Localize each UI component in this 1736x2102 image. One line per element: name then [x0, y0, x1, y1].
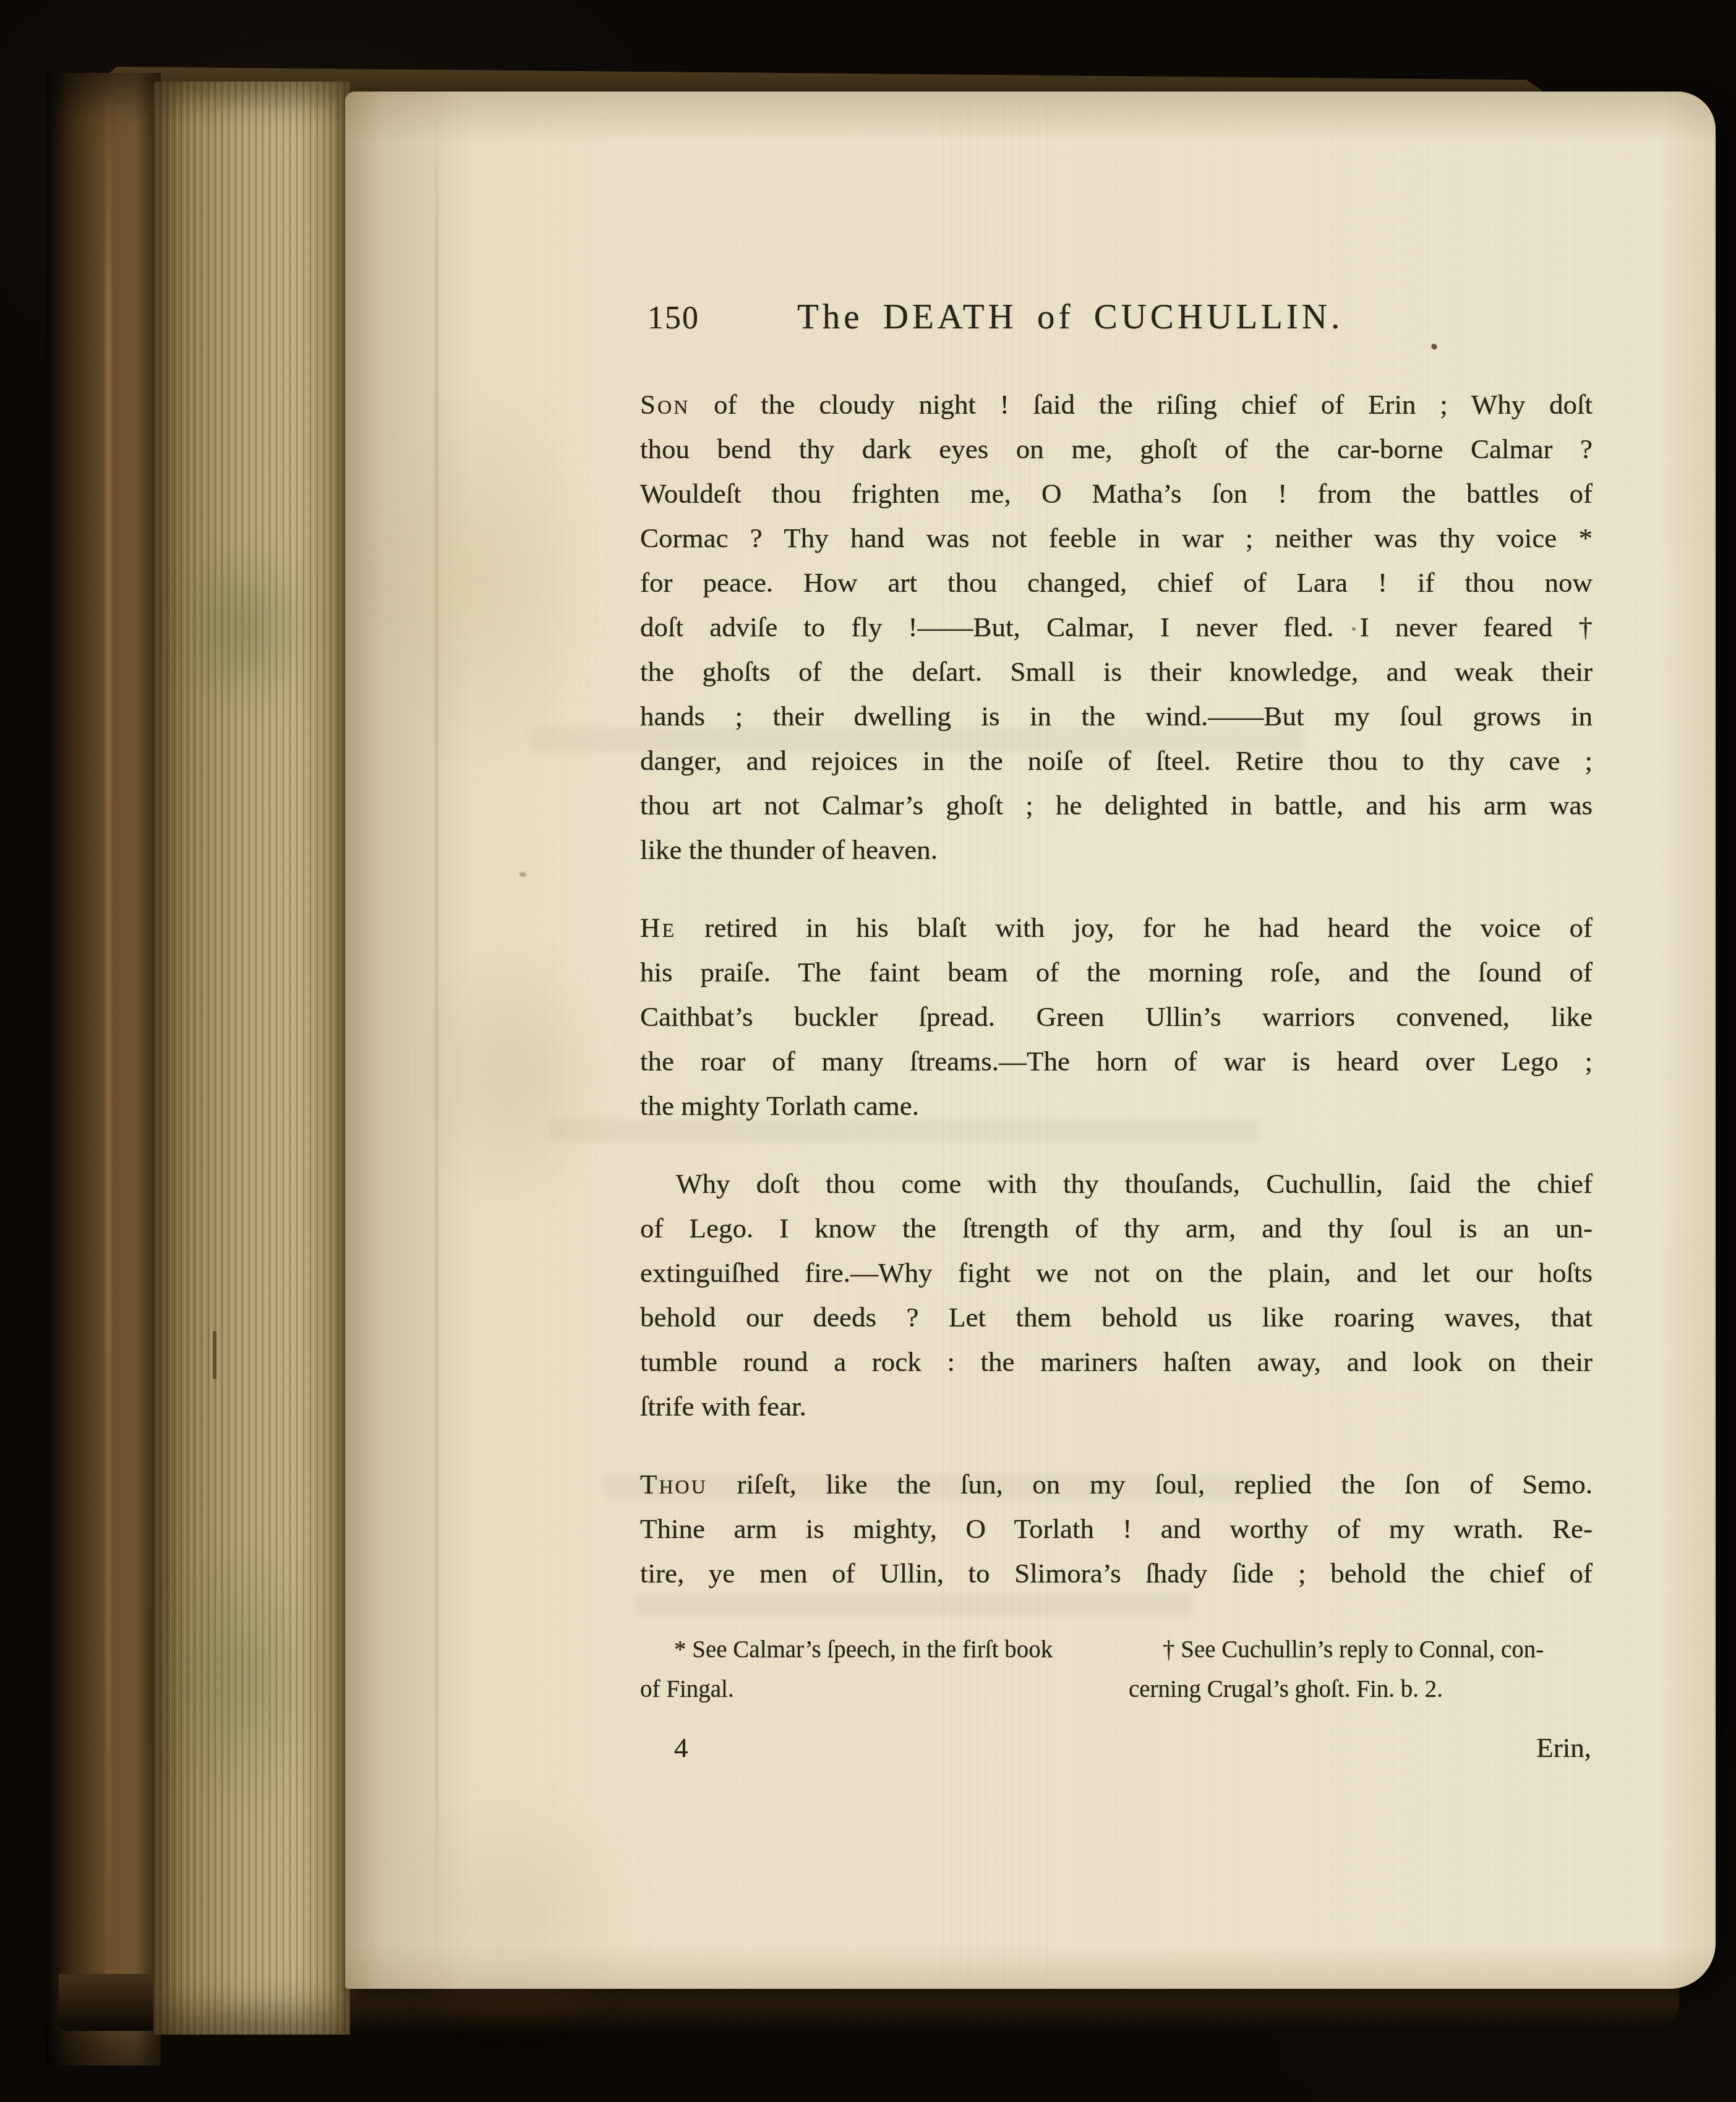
smallcaps-lead: He: [640, 912, 676, 943]
text-line: his praiſe. The faint beam of the mornin…: [640, 950, 1593, 994]
body-text: Son of the cloudy night ! ſaid the riſin…: [640, 382, 1593, 1596]
text-line: the roar of many ſtreams.—The horn of wa…: [640, 1039, 1593, 1083]
page-title: The DEATH of CUCHULLIN.: [797, 297, 1343, 337]
page-block-edges: [153, 82, 350, 2035]
page-foot: 4 Erin,: [640, 1729, 1593, 1766]
text-line: Wouldeſt thou frighten me, O Matha’s ſon…: [640, 471, 1593, 516]
spine-edge-highlight: [105, 80, 111, 2059]
text-line: extinguiſhed fire.—Why fight we not on t…: [640, 1250, 1593, 1295]
edge-stain: [157, 1535, 318, 1819]
footnote-line: cerning Crugal’s ghoſt. Fin. b. 2.: [1129, 1670, 1593, 1709]
paper-stain: [370, 388, 592, 772]
text-line: like the thunder of heaven.: [640, 827, 1593, 872]
footnotes: * See Calmar’s ſpeech, in the firſt book…: [640, 1630, 1593, 1709]
text-line: behold our deeds ? Let them behold us li…: [640, 1295, 1593, 1339]
paragraph: Son of the cloudy night ! ſaid the riſin…: [640, 382, 1593, 872]
paragraph: Why doſt thou come with thy thouſands, C…: [640, 1161, 1593, 1429]
text-line: thou art not Calmar’s ghoſt ; he delight…: [640, 783, 1593, 827]
footnote-line: † See Cuchullin’s reply to Connal, con-: [1129, 1630, 1593, 1670]
text-line: the mighty Torlath came.: [640, 1083, 1593, 1128]
text-line: tumble round a rock : the mariners haſte…: [640, 1339, 1593, 1384]
text-line: the ghoſts of the deſart. Small is their…: [640, 649, 1593, 694]
book-page: 150 The DEATH of CUCHULLIN. Son of the c…: [345, 92, 1716, 1989]
text-line: He retired in his blaſt with joy, for he…: [640, 905, 1593, 950]
paper-stain: [419, 945, 605, 1205]
catchword: Erin,: [1536, 1729, 1591, 1766]
text-line: for peace. How art thou changed, chief o…: [640, 560, 1593, 605]
smallcaps-lead: Thou: [640, 1469, 708, 1500]
signature-mark: 4: [674, 1729, 688, 1766]
text-line: Cormac ? Thy hand was not feeble in war …: [640, 516, 1593, 560]
edge-mark: [213, 1331, 216, 1379]
gutter-shadow: [345, 92, 481, 1989]
text-line: doſt adviſe to fly !——But, Calmar, I nev…: [640, 605, 1593, 649]
paragraph: He retired in his blaſt with joy, for he…: [640, 905, 1593, 1128]
text-line: thou bend thy dark eyes on me, ghoſt of …: [640, 427, 1593, 471]
footnote-left-column: * See Calmar’s ſpeech, in the firſt book…: [640, 1630, 1129, 1709]
text-line: danger, and rejoices in the noiſe of ſte…: [640, 738, 1593, 783]
ink-speck: [520, 872, 526, 877]
text-line: Thine arm is mighty, O Torlath ! and wor…: [640, 1506, 1593, 1551]
text-line: Caithbat’s buckler ſpread. Green Ullin’s…: [640, 994, 1593, 1039]
page-fold-line: [435, 92, 438, 1989]
photo-background: 150 The DEATH of CUCHULLIN. Son of the c…: [0, 0, 1736, 2102]
text-line: Thou riſeſt, like the ſun, on my ſoul, r…: [640, 1462, 1593, 1506]
page-number: 150: [648, 300, 699, 336]
footnote-line: of Fingal.: [640, 1670, 1129, 1709]
text-line: ſtrife with fear.: [640, 1384, 1593, 1429]
paragraph: Thou riſeſt, like the ſun, on my ſoul, r…: [640, 1462, 1593, 1596]
text-line: of Lego. I know the ſtrength of thy arm,…: [640, 1206, 1593, 1250]
book-cover-spine: [46, 73, 161, 2066]
smallcaps-lead: Son: [640, 389, 690, 420]
text-line: Why doſt thou come with thy thouſands, C…: [640, 1161, 1593, 1206]
text-line: tire, ye men of Ullin, to Slimora’s ſhad…: [640, 1551, 1593, 1596]
edge-stain: [171, 539, 313, 719]
footnote-right-column: † See Cuchullin’s reply to Connal, con-c…: [1129, 1630, 1593, 1709]
text-line: hands ; their dwelling is in the wind.——…: [640, 694, 1593, 738]
footnote-line: * See Calmar’s ſpeech, in the firſt book: [640, 1630, 1129, 1670]
running-header: 150 The DEATH of CUCHULLIN.: [640, 297, 1593, 335]
printed-content: 150 The DEATH of CUCHULLIN. Son of the c…: [640, 297, 1593, 1766]
text-line: Son of the cloudy night ! ſaid the riſin…: [640, 382, 1593, 427]
